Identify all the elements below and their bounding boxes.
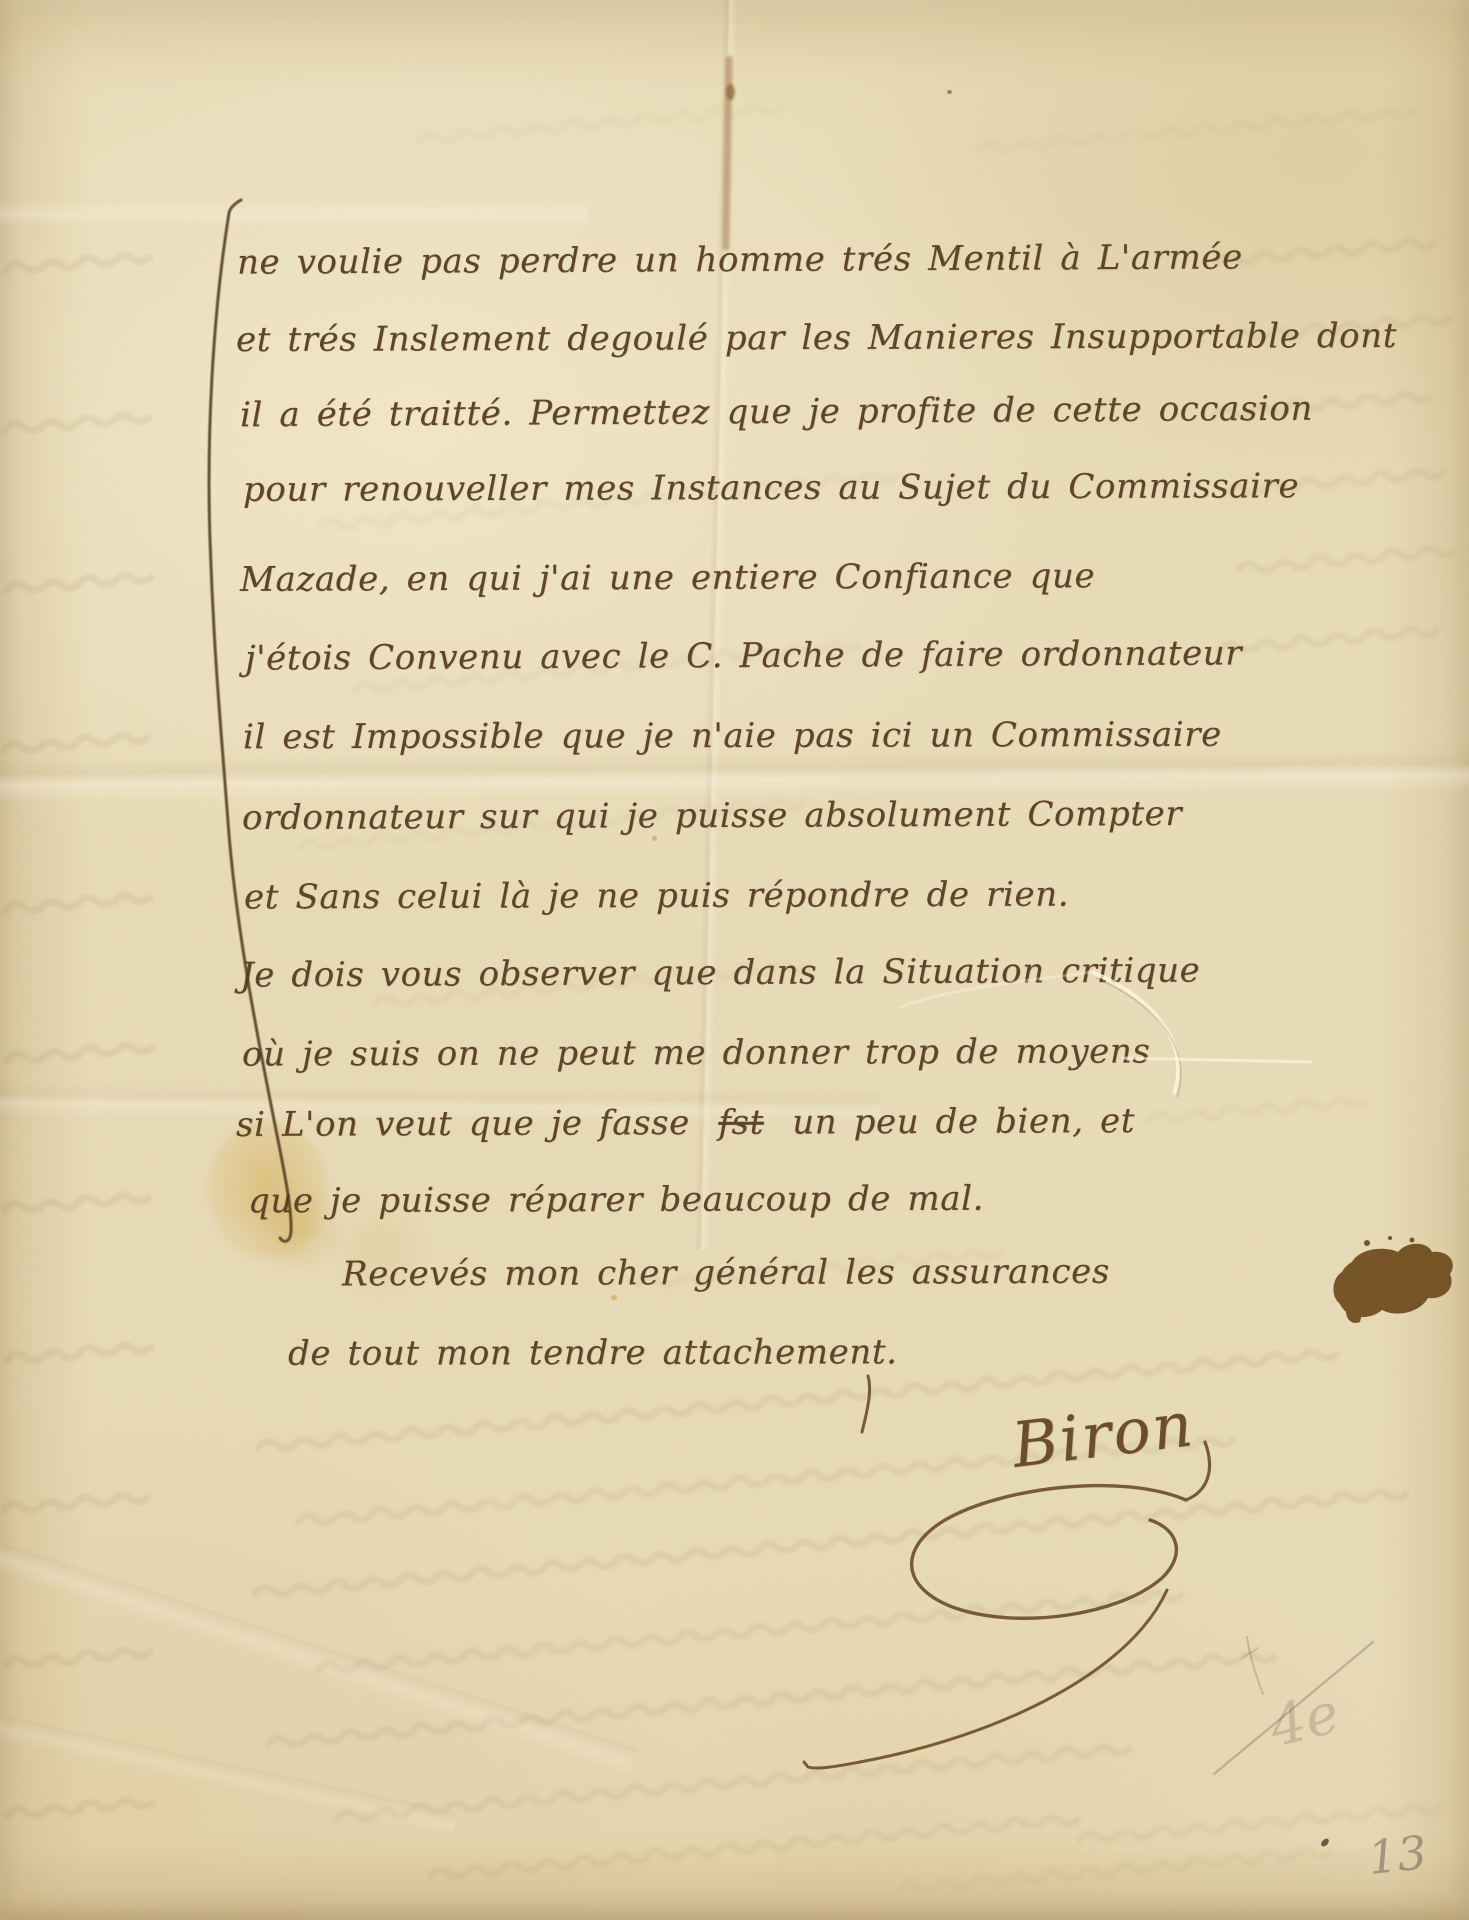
manuscript-line: pour renouveller mes Instances au Sujet … xyxy=(243,466,1299,510)
manuscript-line: Je dois vous observer que dans la Situat… xyxy=(240,950,1201,995)
closing-line: de tout mon tendre attachement. xyxy=(288,1332,898,1374)
letter-scan-page: ne voulie pas perdre un homme trés Menti… xyxy=(0,0,1469,1920)
manuscript-line: ordonnateur sur qui je puisse absolument… xyxy=(242,794,1182,838)
manuscript-line: et trés Inslement degoulé par les Manier… xyxy=(236,316,1397,360)
manuscript-line: et Sans celui là je ne puis répondre de … xyxy=(244,875,1069,918)
signature-biron: Biron xyxy=(1008,1387,1198,1482)
manuscript-line: où je suis on ne peut me donner trop de … xyxy=(242,1031,1151,1074)
manuscript-text: ne voulie pas perdre un homme trés Menti… xyxy=(0,0,1469,1920)
line-text: si L'on veut que je fasse xyxy=(236,1103,690,1145)
manuscript-line: que je puisse réparer beaucoup de mal. xyxy=(248,1179,984,1222)
manuscript-line: il est Impossible que je n'aie pas ici u… xyxy=(243,715,1222,758)
manuscript-line: il a été traitté. Permettez que je profi… xyxy=(240,389,1313,436)
pencil-page-number: 13 xyxy=(1365,1825,1429,1885)
line-text: un peu de bien, et xyxy=(792,1101,1135,1142)
manuscript-line: ne voulie pas perdre un homme trés Menti… xyxy=(237,237,1243,282)
closing-line: Recevés mon cher général les assurances xyxy=(342,1252,1110,1295)
struck-word: fst xyxy=(718,1103,764,1143)
manuscript-line: si L'on veut que je fasse fst un peu de … xyxy=(236,1101,1135,1145)
manuscript-line: j'étois Convenu avec le C. Pache de fair… xyxy=(245,633,1242,678)
manuscript-line: Mazade, en qui j'ai une entiere Confianc… xyxy=(240,556,1095,600)
pencil-note: 4e xyxy=(1263,1681,1345,1761)
